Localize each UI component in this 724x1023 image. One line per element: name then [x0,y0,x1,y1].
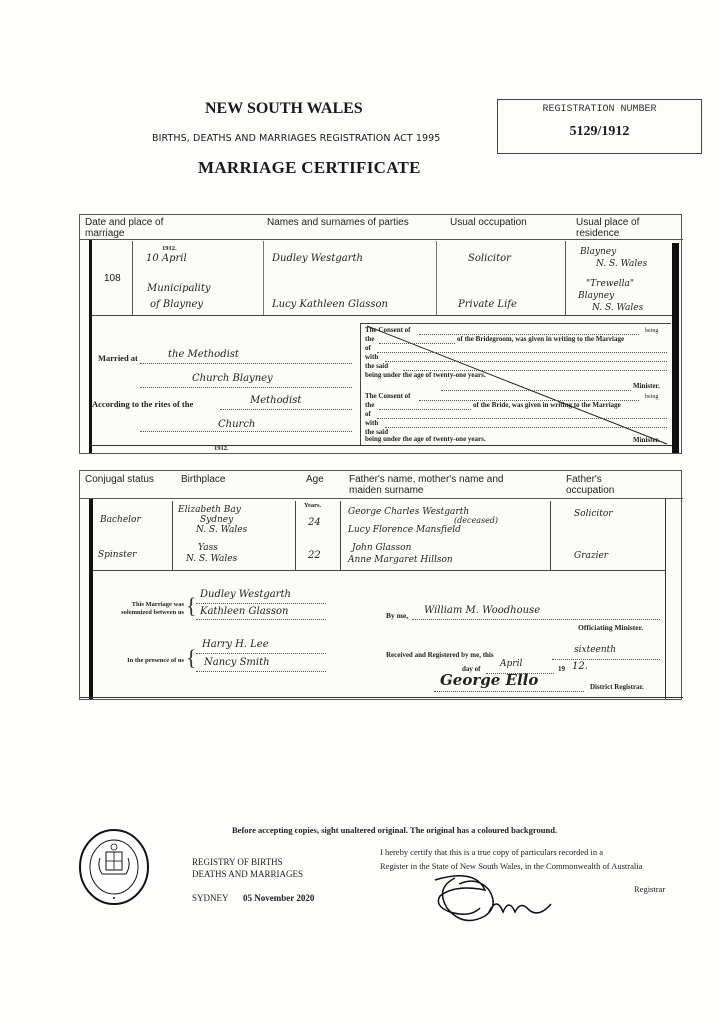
groom-birthplace-2: Sydney [200,515,233,525]
consent-groom-line1: The Consent of [365,326,411,334]
registry-line-1: REGISTRY OF BIRTHS [192,857,283,867]
groom-status: Bachelor [100,515,141,525]
bride-occupation: Private Life [458,299,517,310]
registrar-label: Registrar [634,884,665,894]
solemnized-label-1: This Marriage was [94,601,184,608]
witness-2: Nancy Smith [204,657,270,668]
district-registrar-label: District Registrar. [590,683,644,691]
bride-residence-2: Blayney [578,291,614,301]
bride-residence-3: N. S. Wales [592,303,643,313]
by-me-label: By me, [386,611,408,620]
bride-age: 22 [308,550,321,561]
consent-groom-line2: of the Bridegroom, was given in writing … [457,335,624,343]
header-father-occupation: Father's occupation [566,474,636,496]
header-date-place: Date and place of marriage [85,217,175,239]
groom-father-deceased: (deceased) [454,516,498,525]
groom-father-occupation: Solicitor [574,509,613,519]
registrar-signature-mark [415,870,585,935]
groom-occupation: Solicitor [468,253,511,264]
consent-bride-line2: of the Bride, was given in writing to th… [473,401,621,409]
consent-box: The Consent of being the of the Bridegro… [360,323,671,445]
consent-groom-age: being under the age of twenty-one years. [365,371,486,379]
groom-residence-1: Blayney [580,247,616,257]
groom-residence-2: N. S. Wales [596,259,647,269]
officiating-minister-label: Officiating Minister. [578,623,643,632]
bride-father-occupation: Grazier [574,551,608,561]
marriage-details-panel: Date and place of marriage Names and sur… [79,214,682,454]
solemnized-label-2: solemnized between us [80,609,184,616]
married-at-label: Married at [98,353,138,363]
received-label: Received and Registered by me, this [386,651,494,659]
rites-2: Church [218,419,255,430]
marriage-date: 10 April [146,253,187,264]
rites-1: Methodist [250,395,301,406]
bride-name: Lucy Kathleen Glasson [272,299,388,310]
solemnized-groom: Dudley Westgarth [200,589,291,600]
act-subtitle: BIRTHS, DEATHS AND MARRIAGES REGISTRATIO… [152,133,440,144]
groom-age: 24 [308,517,321,528]
entry-number: 108 [104,273,121,284]
registry-seal [78,828,150,906]
issue-date: 05 November 2020 [243,893,314,903]
bride-mother: Anne Margaret Hillson [348,555,453,565]
groom-birthplace-1: Elizabeth Bay [178,505,241,515]
bride-birthplace-2: N. S. Wales [186,554,237,564]
registry-line-2: DEATHS AND MARRIAGES [192,869,303,879]
consent-bride-age: being under the age of twenty-one years. [365,435,486,443]
header-residence: Usual place of residence [576,217,666,239]
authenticity-warning: Before accepting copies, sight unaltered… [232,825,557,835]
registrar-signature: George Ello [440,671,538,689]
seal-icon [78,828,150,906]
received-day: sixteenth [574,645,616,655]
marriage-place-1: Municipality [147,283,211,294]
certify-line-1: I hereby certify that this is a true cop… [380,847,603,857]
header-occupation: Usual occupation [450,217,527,228]
consent-bride-line1: The Consent of [365,392,411,400]
groom-name: Dudley Westgarth [272,253,363,264]
age-unit: Years. [304,502,321,509]
groom-father: George Charles Westgarth [348,507,469,517]
bride-birthplace-1: Yass [198,543,218,553]
header-names: Names and surnames of parties [267,217,409,228]
header-age: Age [306,474,324,485]
registration-box: REGISTRATION NUMBER 5129/1912 [497,99,702,154]
certificate-title: MARRIAGE CERTIFICATE [198,158,421,178]
rites-label: According to the rites of the [92,399,193,409]
married-at-2: Church Blayney [192,373,273,384]
minister-name: William M. Woodhouse [424,605,540,616]
marriage-place-2: of Blayney [150,299,203,310]
bride-status: Spinster [98,550,136,560]
year-mark: 1912. [162,245,177,252]
header-conjugal-status: Conjugal status [85,474,154,485]
registration-label: REGISTRATION NUMBER [498,104,701,115]
bride-father: John Glasson [352,543,411,553]
received-month: April [500,659,522,669]
parties-details-panel: Conjugal status Birthplace Age Father's … [79,470,682,700]
groom-birthplace-3: N. S. Wales [196,525,247,535]
married-at-1: the Methodist [168,349,239,360]
state-title: NEW SOUTH WALES [205,100,363,118]
received-year: 12. [572,661,588,672]
groom-mother: Lucy Florence Mansfield [348,525,461,535]
witness-1: Harry H. Lee [202,639,269,650]
header-parents: Father's name, mother's name and maiden … [349,474,539,496]
footer-year-mark: 1912. [214,445,229,452]
registry-city: SYDNEY [192,893,229,903]
solemnized-bride: Kathleen Glasson [200,606,288,617]
header-birthplace: Birthplace [181,474,225,485]
presence-label: In the presence of us [80,657,184,664]
bride-residence-1: "Trewella" [586,279,634,289]
registration-number: 5129/1912 [498,124,701,140]
